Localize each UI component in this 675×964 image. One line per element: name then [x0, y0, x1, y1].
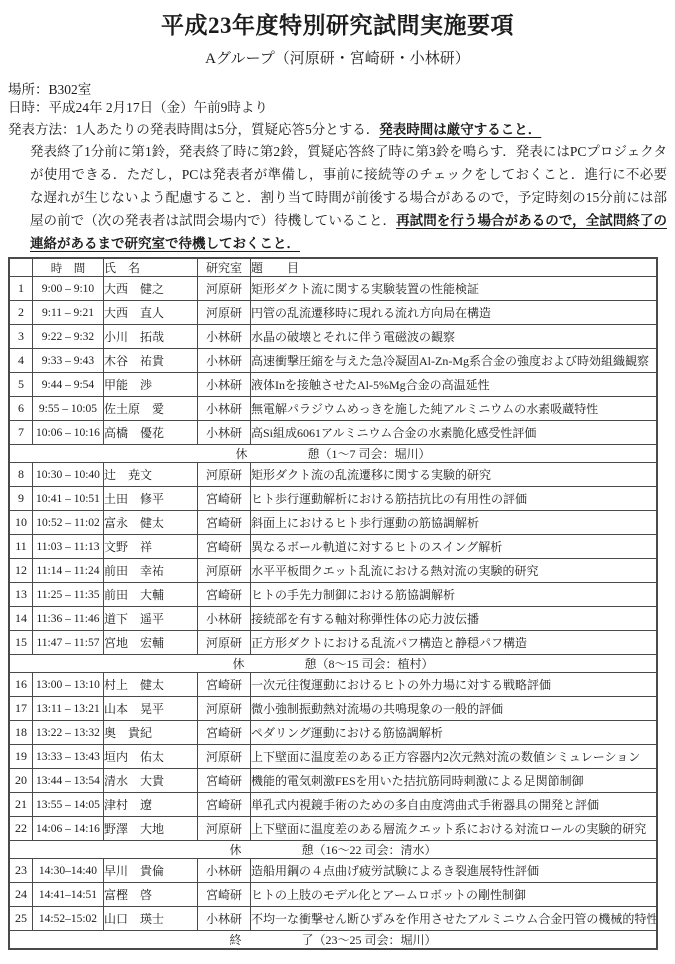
cell-title: 無電解パラジウムめっきを施した純アルミニウムの水素吸蔵特性: [251, 397, 658, 421]
cell-title: 接続部を有する軸対称弾性体の応力波伝播: [251, 607, 658, 631]
cell-lab: 河原研: [198, 631, 251, 655]
cell-time: 9:11 – 9:21: [33, 301, 104, 325]
table-header-row: 時 間 氏 名 研究室 題 目: [9, 258, 657, 277]
datetime-line: 日時：平成24年 2月17日（金）午前9時より: [8, 99, 667, 117]
col-header-no: [9, 258, 33, 277]
schedule-row: 19:00 – 9:10大西 健之河原研矩形ダクト流に関する実験装置の性能検証: [9, 277, 657, 301]
col-header-lab: 研究室: [198, 258, 251, 277]
cell-time: 14:30–14:40: [33, 859, 104, 883]
break-label: 休 憩（1～7 司会：堀川）: [9, 445, 657, 463]
cell-time: 9:22 – 9:32: [33, 325, 104, 349]
cell-no: 19: [9, 745, 33, 769]
schedule-table: 時 間 氏 名 研究室 題 目 19:00 – 9:10大西 健之河原研矩形ダク…: [8, 257, 658, 950]
cell-title: 矩形ダクト流の乱流遷移に関する実験的研究: [251, 463, 658, 487]
schedule-row: 1111:03 – 11:13文野 祥宮崎研異なるボール軌道に対するヒトのスイン…: [9, 535, 657, 559]
cell-time: 14:41–14:51: [33, 883, 104, 907]
cell-name: 木谷 祐貴: [104, 349, 198, 373]
cell-title: 水平平板間クエット乱流における熱対流の実験的研究: [251, 559, 658, 583]
cell-lab: 宮崎研: [198, 793, 251, 817]
cell-lab: 宮崎研: [198, 487, 251, 511]
cell-title: ヒト歩行運動解析における筋拮抗比の有用性の評価: [251, 487, 658, 511]
schedule-row: 1813:22 – 13:32奥 貴紀宮崎研ペダリング運動における筋協調解析: [9, 721, 657, 745]
info-section: 場所：B302室 日時：平成24年 2月17日（金）午前9時より 発表方法：1人…: [8, 81, 667, 255]
method-line: 発表方法：1人あたりの発表時間は5分，質疑応答5分とする．発表時間は厳守すること…: [8, 119, 667, 140]
cell-name: 前田 幸祐: [104, 559, 198, 583]
cell-name: 村上 健太: [104, 673, 198, 697]
cell-title: ヒトの手先力制御における筋協調解析: [251, 583, 658, 607]
cell-no: 1: [9, 277, 33, 301]
cell-title: 不均一な衝撃せん断ひずみを作用させたアルミニウム合金円管の機械的特性: [251, 907, 658, 931]
cell-lab: 小林研: [198, 325, 251, 349]
cell-time: 14:52–15:02: [33, 907, 104, 931]
cell-time: 11:14 – 11:24: [33, 559, 104, 583]
page-title: 平成23年度特別研究試問実施要項: [8, 0, 667, 40]
cell-time: 9:44 – 9:54: [33, 373, 104, 397]
cell-time: 9:55 – 10:05: [33, 397, 104, 421]
cell-name: 津村 遼: [104, 793, 198, 817]
break-label: 休 憩（16～22 司会：清水）: [9, 841, 657, 859]
schedule-row: 2013:44 – 13:54清水 大貴宮崎研機能的電気刺激FESを用いた拮抗筋…: [9, 769, 657, 793]
cell-name: 甲能 渉: [104, 373, 198, 397]
schedule-row: 810:30 – 10:40辻 尭文河原研矩形ダクト流の乱流遷移に関する実験的研…: [9, 463, 657, 487]
cell-title: 矩形ダクト流に関する実験装置の性能検証: [251, 277, 658, 301]
cell-no: 25: [9, 907, 33, 931]
cell-name: 宮地 宏輔: [104, 631, 198, 655]
cell-name: 文野 祥: [104, 535, 198, 559]
cell-no: 17: [9, 697, 33, 721]
cell-title: 一次元往復運動におけるヒトの外力場に対する戦略評価: [251, 673, 658, 697]
cell-time: 13:44 – 13:54: [33, 769, 104, 793]
cell-no: 8: [9, 463, 33, 487]
cell-title: 造船用鋼の４点曲げ疲労試験によるき裂進展特性評価: [251, 859, 658, 883]
cell-lab: 河原研: [198, 463, 251, 487]
cell-name: 垣内 佑太: [104, 745, 198, 769]
cell-time: 11:36 – 11:46: [33, 607, 104, 631]
schedule-row: 1913:33 – 13:43垣内 佑太河原研上下壁面に温度差のある正方容器内2…: [9, 745, 657, 769]
cell-lab: 宮崎研: [198, 583, 251, 607]
cell-time: 11:47 – 11:57: [33, 631, 104, 655]
cell-no: 14: [9, 607, 33, 631]
break-label: 終 了（23～25 司会：堀川）: [9, 931, 657, 950]
cell-lab: 宮崎研: [198, 721, 251, 745]
cell-lab: 小林研: [198, 859, 251, 883]
schedule-row: 49:33 – 9:43木谷 祐貴小林研高速衝撃圧縮を与えた急冷凝固Al-Zn-…: [9, 349, 657, 373]
schedule-row: 2314:30–14:40早川 貴倫小林研造船用鋼の４点曲げ疲労試験によるき裂進…: [9, 859, 657, 883]
cell-name: 山口 瑛士: [104, 907, 198, 931]
cell-no: 5: [9, 373, 33, 397]
cell-title: ペダリング運動における筋協調解析: [251, 721, 658, 745]
break-row: 休 憩（1～7 司会：堀川）: [9, 445, 657, 463]
cell-name: 大西 健之: [104, 277, 198, 301]
col-header-name: 氏 名: [104, 258, 198, 277]
cell-no: 3: [9, 325, 33, 349]
cell-title: 正方形ダクトにおける乱流パフ構造と静穏パフ構造: [251, 631, 658, 655]
cell-time: 13:22 – 13:32: [33, 721, 104, 745]
cell-name: 土田 修平: [104, 487, 198, 511]
cell-no: 20: [9, 769, 33, 793]
cell-no: 15: [9, 631, 33, 655]
cell-name: 富樫 啓: [104, 883, 198, 907]
method-bold-text: 発表時間は厳守すること．: [379, 122, 541, 137]
cell-time: 13:11 – 13:21: [33, 697, 104, 721]
method-text: 発表方法：1人あたりの発表時間は5分，質疑応答5分とする．: [8, 122, 379, 137]
cell-name: 前田 大輔: [104, 583, 198, 607]
cell-name: 富永 健太: [104, 511, 198, 535]
cell-title: 水晶の破壊とそれに伴う電磁波の観察: [251, 325, 658, 349]
cell-title: 上下壁面に温度差のある正方容器内2次元熱対流の数値シミュレーション: [251, 745, 658, 769]
cell-title: 円管の乱流遷移時に現れる流れ方向局在構造: [251, 301, 658, 325]
schedule-row: 29:11 – 9:21大西 直人河原研円管の乱流遷移時に現れる流れ方向局在構造: [9, 301, 657, 325]
cell-no: 23: [9, 859, 33, 883]
document-page: 平成23年度特別研究試問実施要項 Aグループ（河原研・宮崎研・小林研） 場所：B…: [0, 0, 675, 964]
cell-no: 7: [9, 421, 33, 445]
schedule-row: 1713:11 – 13:21山本 晃平河原研微小強制振動熱対流場の共鳴現象の一…: [9, 697, 657, 721]
cell-no: 18: [9, 721, 33, 745]
cell-lab: 小林研: [198, 421, 251, 445]
cell-lab: 小林研: [198, 907, 251, 931]
break-row: 休 憩（16～22 司会：清水）: [9, 841, 657, 859]
schedule-row: 39:22 – 9:32小川 拓哉小林研水晶の破壊とそれに伴う電磁波の観察: [9, 325, 657, 349]
cell-name: 道下 遥平: [104, 607, 198, 631]
cell-no: 13: [9, 583, 33, 607]
break-row: 休 憩（8～15 司会：植村）: [9, 655, 657, 673]
cell-name: 佐土原 愛: [104, 397, 198, 421]
cell-title: 機能的電気刺激FESを用いた拮抗筋同時刺激による足関節制御: [251, 769, 658, 793]
cell-time: 13:55 – 14:05: [33, 793, 104, 817]
schedule-row: 2214:06 – 14:16野澤 大地河原研上下壁面に温度差のある層流クエット…: [9, 817, 657, 841]
schedule-row: 2113:55 – 14:05津村 遼宮崎研単孔式内視鏡手術のための多自由度湾曲…: [9, 793, 657, 817]
cell-title: ヒトの上肢のモデル化とアームロボットの剛性制御: [251, 883, 658, 907]
cell-time: 11:03 – 11:13: [33, 535, 104, 559]
schedule-row: 710:06 – 10:16高橋 優花小林研高Si組成6061アルミニウム合金の…: [9, 421, 657, 445]
schedule-row: 2514:52–15:02山口 瑛士小林研不均一な衝撃せん断ひずみを作用させたア…: [9, 907, 657, 931]
break-label: 休 憩（8～15 司会：植村）: [9, 655, 657, 673]
cell-time: 13:00 – 13:10: [33, 673, 104, 697]
cell-no: 21: [9, 793, 33, 817]
schedule-row: 1411:36 – 11:46道下 遥平小林研接続部を有する軸対称弾性体の応力波…: [9, 607, 657, 631]
cell-title: 液体Inを接触させたAl-5%Mg合金の高温延性: [251, 373, 658, 397]
cell-lab: 小林研: [198, 397, 251, 421]
cell-name: 清水 大貴: [104, 769, 198, 793]
cell-time: 13:33 – 13:43: [33, 745, 104, 769]
cell-lab: 宮崎研: [198, 511, 251, 535]
cell-no: 9: [9, 487, 33, 511]
cell-time: 10:52 – 11:02: [33, 511, 104, 535]
cell-no: 10: [9, 511, 33, 535]
cell-lab: 河原研: [198, 697, 251, 721]
cell-title: 上下壁面に温度差のある層流クエット系における対流ロールの実験的研究: [251, 817, 658, 841]
schedule-row: 1613:00 – 13:10村上 健太宮崎研一次元往復運動におけるヒトの外力場…: [9, 673, 657, 697]
cell-lab: 河原研: [198, 817, 251, 841]
schedule-row: 59:44 – 9:54甲能 渉小林研液体Inを接触させたAl-5%Mg合金の高…: [9, 373, 657, 397]
cell-title: 異なるボール軌道に対するヒトのスイング解析: [251, 535, 658, 559]
cell-lab: 河原研: [198, 559, 251, 583]
cell-no: 22: [9, 817, 33, 841]
cell-name: 大西 直人: [104, 301, 198, 325]
cell-lab: 小林研: [198, 349, 251, 373]
cell-name: 山本 晃平: [104, 697, 198, 721]
cell-time: 11:25 – 11:35: [33, 583, 104, 607]
instructions-paragraph: 発表終了1分前に第1鈴，発表終了時に第2鈴，質疑応答終了時に第3鈴を鳴らす．発表…: [30, 140, 667, 255]
cell-lab: 河原研: [198, 277, 251, 301]
cell-name: 高橋 優花: [104, 421, 198, 445]
schedule-row: 2414:41–14:51富樫 啓宮崎研ヒトの上肢のモデル化とアームロボットの剛…: [9, 883, 657, 907]
cell-no: 6: [9, 397, 33, 421]
cell-name: 奥 貴紀: [104, 721, 198, 745]
cell-no: 2: [9, 301, 33, 325]
schedule-row: 1010:52 – 11:02富永 健太宮崎研斜面上におけるヒト歩行運動の筋協調…: [9, 511, 657, 535]
cell-name: 早川 貴倫: [104, 859, 198, 883]
cell-lab: 宮崎研: [198, 883, 251, 907]
schedule-row: 1211:14 – 11:24前田 幸祐河原研水平平板間クエット乱流における熱対…: [9, 559, 657, 583]
cell-time: 10:06 – 10:16: [33, 421, 104, 445]
group-subtitle: Aグループ（河原研・宮崎研・小林研）: [8, 50, 667, 69]
cell-time: 9:33 – 9:43: [33, 349, 104, 373]
cell-lab: 宮崎研: [198, 535, 251, 559]
cell-title: 単孔式内視鏡手術のための多自由度湾曲式手術器具の開発と評価: [251, 793, 658, 817]
cell-no: 16: [9, 673, 33, 697]
cell-title: 高Si組成6061アルミニウム合金の水素脆化感受性評価: [251, 421, 658, 445]
cell-name: 野澤 大地: [104, 817, 198, 841]
cell-lab: 小林研: [198, 607, 251, 631]
schedule-row: 1311:25 – 11:35前田 大輔宮崎研ヒトの手先力制御における筋協調解析: [9, 583, 657, 607]
cell-name: 辻 尭文: [104, 463, 198, 487]
cell-time: 14:06 – 14:16: [33, 817, 104, 841]
cell-title: 高速衝撃圧縮を与えた急冷凝固Al-Zn-Mg系合金の強度および時効組織観察: [251, 349, 658, 373]
cell-no: 4: [9, 349, 33, 373]
cell-lab: 小林研: [198, 373, 251, 397]
cell-lab: 河原研: [198, 745, 251, 769]
break-row: 終 了（23～25 司会：堀川）: [9, 931, 657, 950]
cell-lab: 河原研: [198, 301, 251, 325]
place-line: 場所：B302室: [8, 81, 667, 99]
cell-time: 9:00 – 9:10: [33, 277, 104, 301]
schedule-row: 1511:47 – 11:57宮地 宏輔河原研正方形ダクトにおける乱流パフ構造と…: [9, 631, 657, 655]
cell-title: 斜面上におけるヒト歩行運動の筋協調解析: [251, 511, 658, 535]
cell-name: 小川 拓哉: [104, 325, 198, 349]
cell-lab: 宮崎研: [198, 673, 251, 697]
cell-time: 10:30 – 10:40: [33, 463, 104, 487]
cell-no: 11: [9, 535, 33, 559]
cell-lab: 宮崎研: [198, 769, 251, 793]
schedule-row: 69:55 – 10:05佐土原 愛小林研無電解パラジウムめっきを施した純アルミ…: [9, 397, 657, 421]
cell-title: 微小強制振動熱対流場の共鳴現象の一般的評価: [251, 697, 658, 721]
col-header-title: 題 目: [251, 258, 658, 277]
schedule-row: 910:41 – 10:51土田 修平宮崎研ヒト歩行運動解析における筋拮抗比の有…: [9, 487, 657, 511]
cell-no: 12: [9, 559, 33, 583]
cell-time: 10:41 – 10:51: [33, 487, 104, 511]
cell-no: 24: [9, 883, 33, 907]
col-header-time: 時 間: [33, 258, 104, 277]
